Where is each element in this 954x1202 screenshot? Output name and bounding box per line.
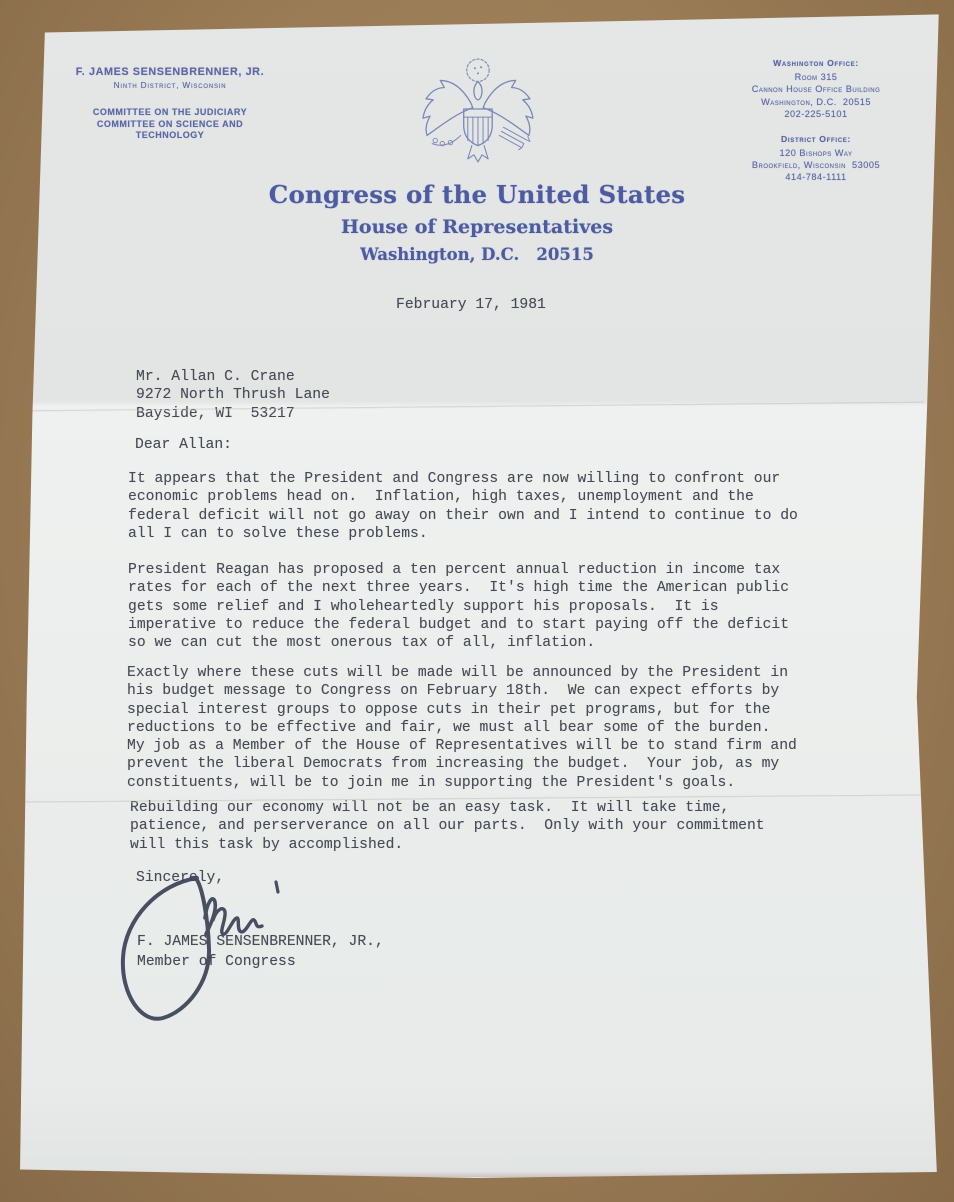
salutation: Dear Allan: xyxy=(135,436,232,454)
district-office-address: 120 Bishops Way Brookfield, Wisconsin 53… xyxy=(700,147,932,184)
photo-background: { "letterhead": { "member_name": "F. JAM… xyxy=(0,0,954,1202)
paper-bottom-edge-shadow xyxy=(19,1171,935,1177)
letter-date: February 17, 1981 xyxy=(396,296,546,314)
masthead-line-congress: Congress of the United States xyxy=(237,180,717,209)
masthead-line-house: House of Representatives xyxy=(237,216,717,238)
body-paragraph-3: Exactly where these cuts will be made wi… xyxy=(127,664,797,792)
committee-list: COMMITTEE ON THE JUDICIARY COMMITTEE ON … xyxy=(60,107,280,142)
handwritten-signature-icon xyxy=(105,866,355,1056)
body-paragraph-1: It appears that the President and Congre… xyxy=(128,470,798,543)
body-paragraph-2: President Reagan has proposed a ten perc… xyxy=(128,561,789,652)
letter-paper: F. JAMES SENSENBRENNER, JR. Ninth Distri… xyxy=(0,0,954,1202)
district-office-label: District Office: xyxy=(700,134,932,144)
recipient-address: Mr. Allan C. Crane 9272 North Thrush Lan… xyxy=(136,368,330,423)
member-district: Ninth District, Wisconsin xyxy=(60,81,280,90)
great-seal-eagle-icon xyxy=(412,54,548,166)
washington-office-address: Room 315 Cannon House Office Building Wa… xyxy=(700,71,932,121)
body-paragraph-4: Rebuilding our economy will not be an ea… xyxy=(130,799,765,854)
congress-masthead: Congress of the United States House of R… xyxy=(237,180,717,264)
member-name: F. JAMES SENSENBRENNER, JR. xyxy=(60,66,280,78)
letterhead-member-block: F. JAMES SENSENBRENNER, JR. Ninth Distri… xyxy=(60,66,280,142)
masthead-line-city: Washington, D.C. 20515 xyxy=(237,245,717,264)
letterhead-offices-block: Washington Office: Room 315 Cannon House… xyxy=(700,58,932,184)
washington-office-label: Washington Office: xyxy=(700,58,932,68)
